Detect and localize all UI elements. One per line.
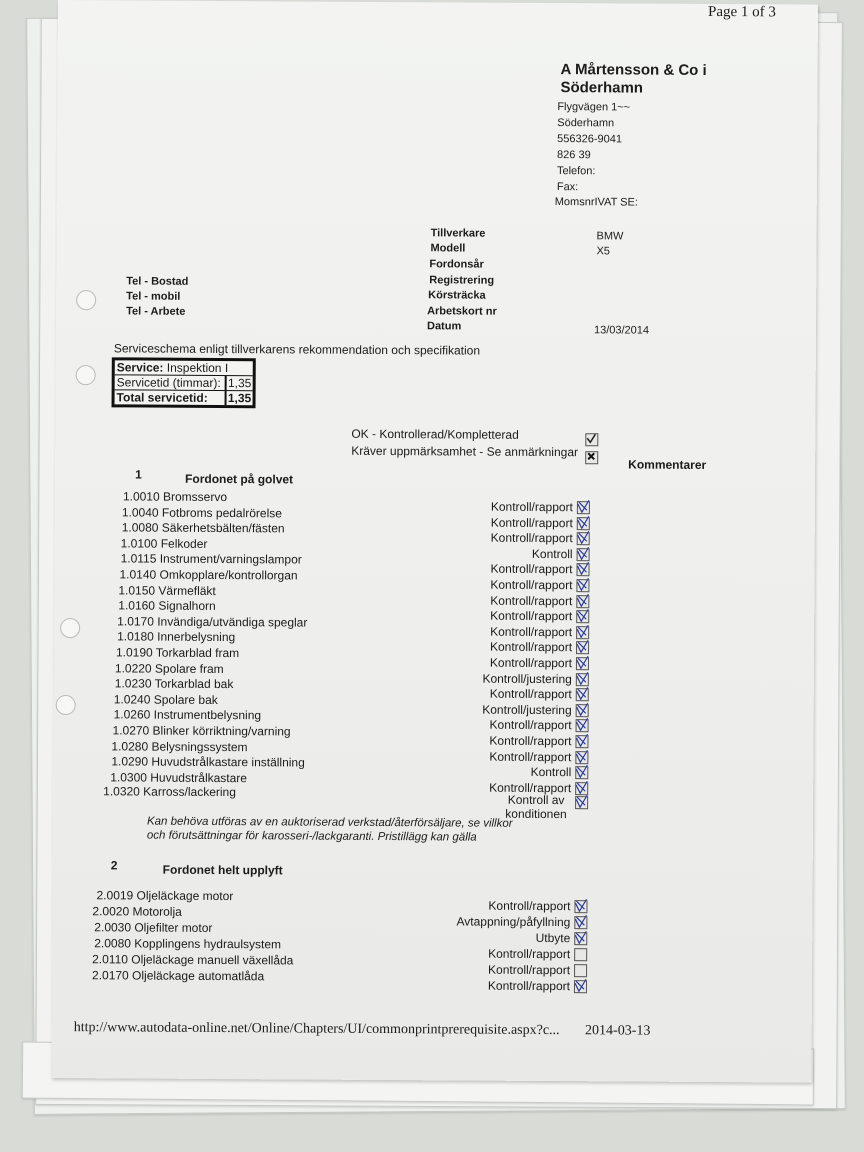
checklist-item-name: 1.0140 Omkopplare/kontrollorgan xyxy=(119,567,297,582)
checklist-item-name: 2.0080 Kopplingens hydraulsystem xyxy=(94,936,281,951)
handwritten-check-icon xyxy=(574,794,589,810)
checklist-item-action: Kontroll/rapport xyxy=(490,609,572,624)
checklist-checkbox[interactable] xyxy=(576,642,589,655)
bodywork-note: Kan behöva utföras av en auktoriserad ve… xyxy=(147,815,527,845)
section-2-title: Fordonet helt upplyft xyxy=(163,863,283,878)
handwritten-check-icon xyxy=(576,546,591,562)
tel-work-label: Tel - Arbete xyxy=(126,305,185,317)
checklist-item-name: 1.0160 Signalhorn xyxy=(118,599,216,614)
checklist-item-action: Kontroll/justering xyxy=(482,702,571,717)
section-1-number: 1 xyxy=(135,467,142,481)
service-sheet-page: Page 1 of 3 A Mårtensson & Co i Söderham… xyxy=(51,0,818,1083)
handwritten-check-icon xyxy=(575,608,590,624)
checklist-item-name: 1.0270 Blinker körriktning/varning xyxy=(112,723,290,738)
vehicle-manufacturer-value: BMW xyxy=(597,230,624,242)
checklist-checkbox[interactable] xyxy=(574,948,587,961)
check-icon xyxy=(584,431,598,445)
checklist-item-action: Kontroll/justering xyxy=(482,671,571,686)
checklist-item-action: Kontroll/rapport xyxy=(490,593,572,608)
handwritten-check-icon xyxy=(574,764,589,780)
checklist-item-name: 1.0150 Värmefläkt xyxy=(118,583,215,598)
vehicle-year-label: Fordonsår xyxy=(429,258,483,270)
checklist-item-action: Utbyte xyxy=(536,931,571,945)
company-address: Flygvägen 1~~ xyxy=(557,101,630,113)
checklist-item-name: 1.0230 Torkarblad bak xyxy=(115,677,234,692)
handwritten-check-icon xyxy=(573,898,588,914)
checklist-item-name: 2.0030 Oljefilter motor xyxy=(94,920,212,935)
company-vat-label: MomsnrIVAT SE: xyxy=(555,196,638,209)
checklist-item-name: 1.0220 Spolare fram xyxy=(115,661,224,676)
handwritten-check-icon xyxy=(576,499,591,515)
service-type-label: Service: xyxy=(117,360,164,374)
checklist-item-action: Kontroll/rapport xyxy=(490,640,572,655)
checklist-item-name: 1.0180 Innerbelysning xyxy=(117,630,235,645)
handwritten-check-icon xyxy=(573,978,588,994)
section-2-number: 2 xyxy=(111,858,118,872)
company-name: A Mårtensson & Co i Söderhamn xyxy=(560,61,706,98)
handwritten-check-icon xyxy=(576,530,591,546)
checklist-item-name: 1.0280 Belysningssystem xyxy=(111,739,247,754)
section-1-title: Fordonet på golvet xyxy=(185,472,293,487)
tel-home-label: Tel - Bostad xyxy=(126,275,188,287)
vehicle-model-value: X5 xyxy=(596,245,610,257)
checklist-item-name: 2.0019 Oljeläckage motor xyxy=(96,888,233,903)
work-card-number-label: Arbetskort nr xyxy=(427,305,497,317)
section-2-items: 2.0019 Oljeläckage motorKontroll/rapport… xyxy=(58,0,818,5)
handwritten-check-icon xyxy=(575,577,590,593)
checklist-item-name: 1.0115 Instrument/varningslampor xyxy=(121,552,302,567)
comments-header: Kommentarer xyxy=(628,457,706,471)
checklist-item-name: 1.0260 Instrumentbelysning xyxy=(114,708,262,723)
checklist-checkbox[interactable] xyxy=(575,796,588,809)
handwritten-check-icon xyxy=(574,749,589,765)
checklist-item-name: 1.0170 Invändiga/utvändiga speglar xyxy=(117,614,307,629)
service-time-value: 1,35 xyxy=(225,376,253,390)
vehicle-manufacturer-label: Tillverkare xyxy=(431,227,486,239)
handwritten-check-icon xyxy=(573,930,588,946)
company-name-line2: Söderhamn xyxy=(560,79,706,98)
company-phone-label: Telefon: xyxy=(557,165,596,177)
checklist-item-action: Avtappning/påfyllning xyxy=(456,914,570,929)
legend-ok-label: OK - Kontrollerad/Kompletterad xyxy=(351,427,519,442)
date-value: 13/03/2014 xyxy=(594,324,649,336)
checklist-item-name: 1.0190 Torkarblad fram xyxy=(116,645,239,660)
handwritten-check-icon xyxy=(575,624,590,640)
schedule-title: Serviceschema enligt tillverkarens rekom… xyxy=(114,341,480,357)
checklist-checkbox[interactable] xyxy=(576,579,589,592)
checklist-item-action: Kontroll/rapport xyxy=(490,687,572,702)
section-1-items: 1.0010 BromsservoKontroll/rapport1.0040 … xyxy=(58,0,818,5)
checklist-checkbox[interactable] xyxy=(576,657,589,670)
checklist-checkbox[interactable] xyxy=(574,900,587,913)
checklist-item-name: 2.0170 Oljeläckage automatlåda xyxy=(92,968,264,983)
service-type-row: Service: Inspektion I xyxy=(115,360,253,376)
checklist-item-action: Kontroll/rapport xyxy=(489,749,571,764)
handwritten-check-icon xyxy=(575,655,590,671)
checklist-checkbox[interactable] xyxy=(576,704,589,717)
checklist-checkbox[interactable] xyxy=(575,751,588,764)
checklist-item-action: Kontroll/rapport xyxy=(491,515,573,530)
checklist-item-action: Kontroll/rapport xyxy=(490,624,572,639)
footer: http://www.autodata-online.net/Online/Ch… xyxy=(74,1020,651,1040)
checklist-checkbox[interactable] xyxy=(576,626,589,639)
checklist-item-action: Kontroll/rapport xyxy=(491,531,573,546)
checklist-item-action: Kontroll/rapport xyxy=(488,899,570,914)
service-time-row: Servicetid (timmar): 1,35 xyxy=(115,375,253,391)
cross-icon xyxy=(584,449,598,463)
checklist-checkbox[interactable] xyxy=(574,964,587,977)
checklist-checkbox[interactable] xyxy=(577,501,590,514)
company-city: Söderhamn xyxy=(557,117,614,129)
checklist-item-name: 1.0290 Huvudstrålkastare inställning xyxy=(111,755,305,770)
handwritten-check-icon xyxy=(575,562,590,578)
handwritten-check-icon xyxy=(575,686,590,702)
company-postal-code: 826 39 xyxy=(557,149,591,161)
legend-ok-checkbox xyxy=(585,431,598,449)
punch-hole xyxy=(76,290,96,310)
vehicle-mileage-label: Körsträcka xyxy=(428,289,486,301)
date-label: Datum xyxy=(427,320,461,332)
company-fax-label: Fax: xyxy=(557,181,578,193)
checklist-checkbox[interactable] xyxy=(575,735,588,748)
service-summary-box: Service: Inspektion I Servicetid (timmar… xyxy=(112,357,256,408)
checklist-checkbox[interactable] xyxy=(575,766,588,779)
page-number: Page 1 of 3 xyxy=(708,4,776,21)
checklist-checkbox[interactable] xyxy=(574,932,587,945)
checklist-checkbox[interactable] xyxy=(574,980,587,993)
checklist-checkbox[interactable] xyxy=(576,564,589,577)
vehicle-info: Tillverkare BMW Modell X5 Fordonsår Regi… xyxy=(58,0,818,5)
checklist-item-action: Kontroll/rapport xyxy=(488,963,570,978)
handwritten-check-icon xyxy=(575,702,590,718)
checklist-row: 1.0320 Karross/lackeringKontroll av kond… xyxy=(53,792,813,813)
checklist-item-name: 1.0320 Karross/lackering xyxy=(103,784,236,799)
punch-hole xyxy=(76,365,96,385)
handwritten-check-icon xyxy=(574,733,589,749)
checklist-item-name: 2.0110 Oljeläckage manuell växellåda xyxy=(92,952,293,967)
vehicle-registration-label: Registrering xyxy=(429,274,494,286)
total-service-time-value: 1,35 xyxy=(225,391,253,405)
vehicle-model-label: Modell xyxy=(430,242,465,254)
company-name-line1: A Mårtensson & Co i xyxy=(561,61,707,80)
checklist-item-action: Kontroll/rapport xyxy=(489,734,571,749)
checklist-item-name: 1.0100 Felkoder xyxy=(121,536,208,551)
checklist-item-action: Kontroll xyxy=(531,765,572,779)
handwritten-check-icon xyxy=(575,593,590,609)
handwritten-check-icon xyxy=(575,671,590,687)
checklist-item-name: 1.0080 Säkerhetsbälten/fästen xyxy=(122,521,285,536)
total-service-time-row: Total servicetid: 1,35 xyxy=(115,390,253,405)
checklist-item-name: 1.0300 Huvudstrålkastare xyxy=(110,770,247,785)
checklist-checkbox[interactable] xyxy=(577,517,590,530)
checklist-item-name: 1.0010 Bromsservo xyxy=(123,489,227,504)
checklist-checkbox[interactable] xyxy=(577,548,590,561)
checklist-item-name: 1.0040 Fotbroms pedalrörelse xyxy=(122,505,282,520)
checklist-item-action: Kontroll/rapport xyxy=(490,578,572,593)
tel-mobile-label: Tel - mobil xyxy=(126,290,180,302)
handwritten-check-icon xyxy=(575,718,590,734)
checklist-checkbox[interactable] xyxy=(576,673,589,686)
total-service-time-label: Total servicetid: xyxy=(115,390,225,405)
handwritten-check-icon xyxy=(575,640,590,656)
checklist-item-name: 2.0020 Motorolja xyxy=(92,904,181,919)
service-time-label: Servicetid (timmar): xyxy=(115,375,225,390)
checklist-checkbox[interactable] xyxy=(574,916,587,929)
checklist-item-action: Kontroll/rapport xyxy=(488,947,570,962)
company-org-number: 556326-9041 xyxy=(557,133,622,145)
checklist-item-action: Kontroll/rapport xyxy=(489,718,571,733)
checklist-checkbox[interactable] xyxy=(576,688,589,701)
checklist-item-action: Kontroll/rapport xyxy=(490,562,572,577)
checklist-row: 2.0170 Oljeläckage automatlådaKontroll/r… xyxy=(52,976,812,997)
handwritten-check-icon xyxy=(576,515,591,531)
checklist-checkbox[interactable] xyxy=(576,610,589,623)
legend-attention-label: Kräver uppmärksamhet - Se anmärkningar xyxy=(351,444,578,459)
footer-url: http://www.autodata-online.net/Online/Ch… xyxy=(74,1020,560,1038)
handwritten-check-icon xyxy=(573,914,588,930)
service-type-value: Inspektion I xyxy=(167,361,228,375)
checklist-item-name: 1.0240 Spolare bak xyxy=(114,692,218,707)
checklist-item-action: Kontroll/rapport xyxy=(488,979,570,994)
checklist-checkbox[interactable] xyxy=(576,595,589,608)
checklist-checkbox[interactable] xyxy=(576,720,589,733)
checklist-item-action: Kontroll/rapport xyxy=(490,656,572,671)
checklist-checkbox[interactable] xyxy=(577,532,590,545)
footer-date: 2014-03-13 xyxy=(585,1023,650,1038)
checklist-item-action: Kontroll/rapport xyxy=(491,500,573,515)
legend-attention-checkbox xyxy=(585,449,598,467)
checklist-item-action: Kontroll xyxy=(532,547,573,561)
